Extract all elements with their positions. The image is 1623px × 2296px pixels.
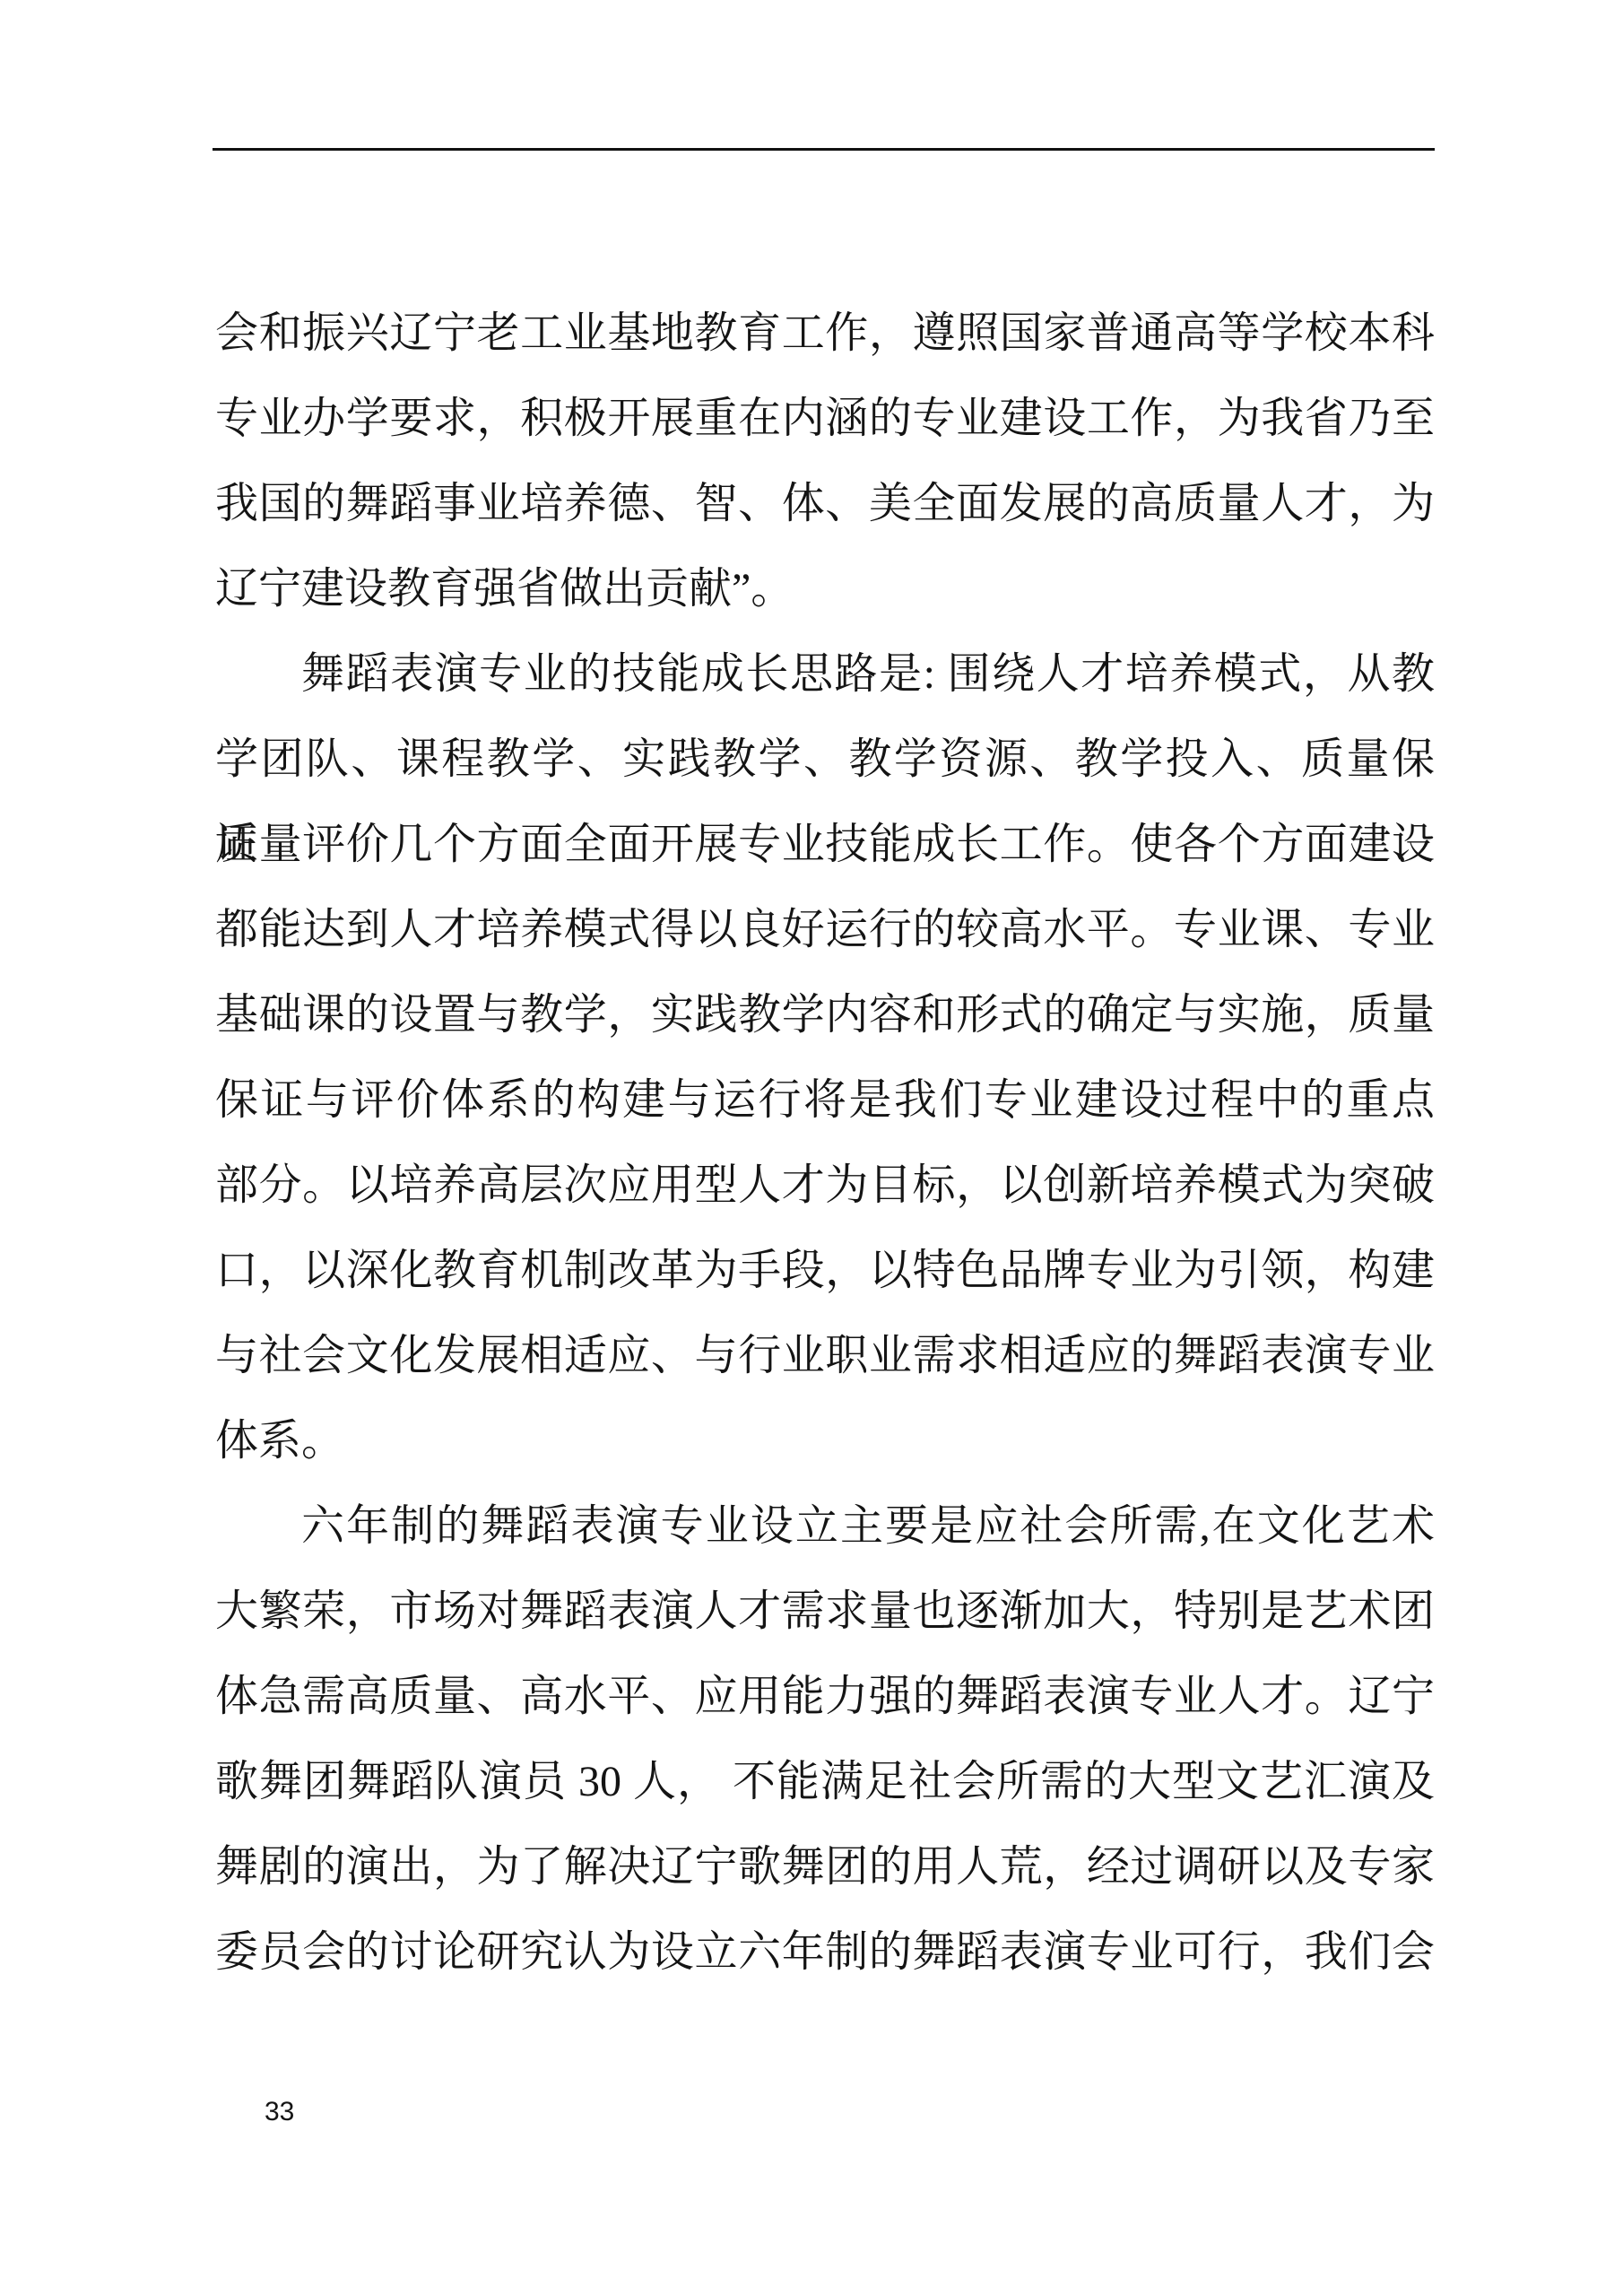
text-line: 专业办学要求，积极开展重在内涵的专业建设工作，为我省乃至 — [215, 376, 1435, 461]
text-line: 大繁荣，市场对舞蹈表演人才需求量也逐渐加大，特别是艺术团 — [215, 1569, 1435, 1654]
text-line: 六年制的舞蹈表演专业设立主要是应社会所需,在文化艺术 — [215, 1483, 1435, 1569]
document-page: 会和振兴辽宁老工业基地教育工作，遵照国家普通高等学校本科专业办学要求，积极开展重… — [0, 0, 1623, 2296]
text-line: 保证与评价体系的构建与运行将是我们专业建设过程中的重点 — [215, 1057, 1435, 1143]
page-number: 33 — [265, 2099, 294, 2126]
text-line: 与社会文化发展相适应、与行业职业需求相适应的舞蹈表演专业 — [215, 1313, 1435, 1398]
text-line: 歌舞团舞蹈队演员 30 人， 不能满足社会所需的大型文艺汇演及 — [215, 1739, 1435, 1824]
text-line: 体系。 — [215, 1398, 1435, 1483]
text-line: 委员会的讨论研究认为设立六年制的舞蹈表演专业可行，我们会 — [215, 1909, 1435, 1995]
header-rule — [213, 148, 1435, 151]
text-line: 舞蹈表演专业的技能成长思路是: 围绕人才培养模式，从教 — [215, 631, 1435, 717]
text-line: 都能达到人才培养模式得以良好运行的较高水平。专业课、专业 — [215, 887, 1435, 972]
text-line: 辽宁建设教育强省做出贡献”。 — [215, 546, 1435, 631]
text-line: 我国的舞蹈事业培养德、智、体、美全面发展的高质量人才，为 — [215, 461, 1435, 546]
text-line: 基础课的设置与教学，实践教学内容和形式的确定与实施，质量 — [215, 972, 1435, 1057]
text-line: 质量评价几个方面全面开展专业技能成长工作。使各个方面建设 — [215, 802, 1435, 887]
text-line: 学团队、课程教学、实践教学、教学资源、教学投入、质量保证、 — [215, 717, 1435, 802]
text-line: 体急需高质量、高水平、应用能力强的舞蹈表演专业人才。辽宁 — [215, 1654, 1435, 1739]
text-line: 舞剧的演出，为了解决辽宁歌舞团的用人荒，经过调研以及专家 — [215, 1824, 1435, 1909]
text-body: 会和振兴辽宁老工业基地教育工作，遵照国家普通高等学校本科专业办学要求，积极开展重… — [215, 291, 1435, 1995]
text-line: 口，以深化教育机制改革为手段，以特色品牌专业为引领，构建 — [215, 1228, 1435, 1313]
text-line: 部分。以培养高层次应用型人才为目标，以创新培养模式为突破 — [215, 1143, 1435, 1228]
text-line: 会和振兴辽宁老工业基地教育工作，遵照国家普通高等学校本科 — [215, 291, 1435, 376]
